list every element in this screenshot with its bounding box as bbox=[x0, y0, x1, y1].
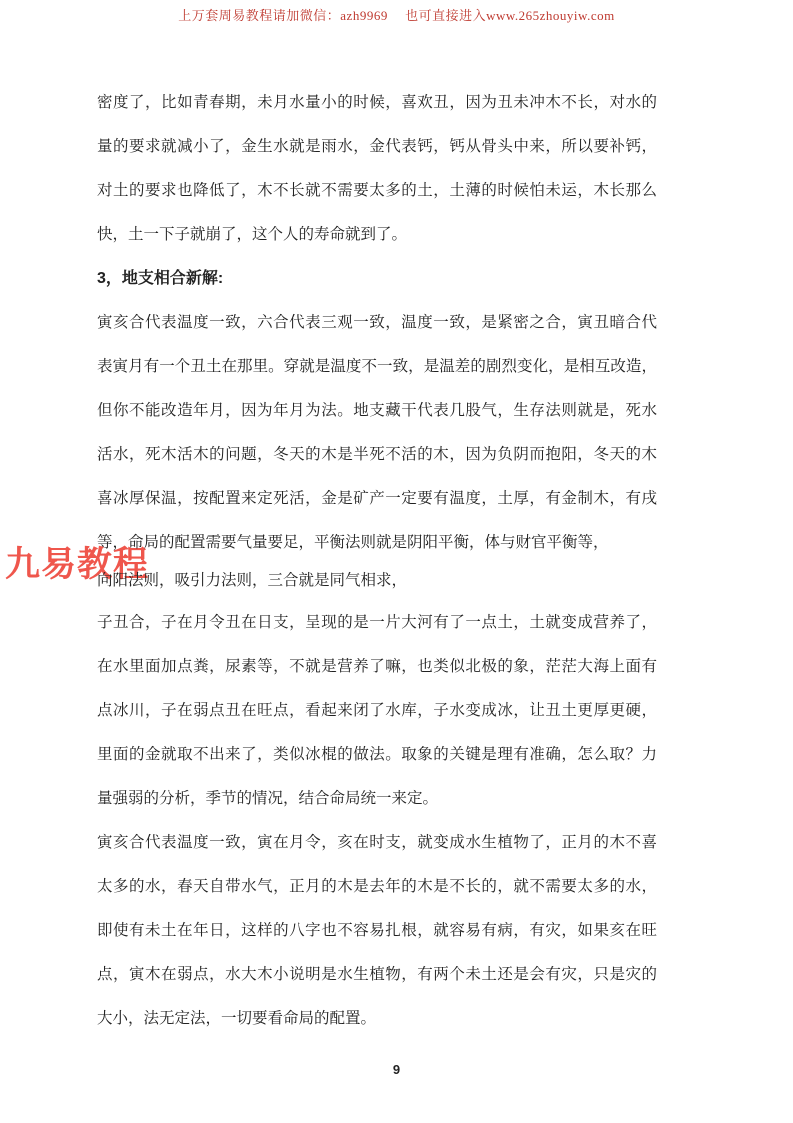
text-line: 密度了，比如青春期，未月水量小的时候，喜欢丑，因为丑未冲木不长，对水的 bbox=[97, 81, 657, 125]
text-line: 大小，法无定法，一切要看命局的配置。 bbox=[97, 997, 657, 1041]
text-line: 快，土一下子就崩了，这个人的寿命就到了。 bbox=[97, 213, 657, 257]
text-line: 在水里面加点粪，尿素等，不就是营养了嘛，也类似北极的象，茫茫大海上面有 bbox=[97, 645, 657, 689]
page-number: 9 bbox=[0, 1062, 793, 1077]
text-line: 即使有未土在年日，这样的八字也不容易扎根，就容易有病，有灾，如果亥在旺 bbox=[97, 909, 657, 953]
header-promo-notice: 上万套周易教程请加微信：azh9969 也可直接进入www.265zhouyiw… bbox=[0, 5, 793, 24]
text-line: 对土的要求也降低了，木不长就不需要太多的土，土薄的时候怕未运，木长那么 bbox=[97, 169, 657, 213]
text-line: 表寅月有一个丑土在那里。穿就是温度不一致，是温差的剧烈变化，是相互改造， bbox=[97, 345, 657, 389]
document-body: 密度了，比如青春期，未月水量小的时候，喜欢丑，因为丑未冲木不长，对水的 量的要求… bbox=[97, 81, 657, 1041]
text-line: 向阳法则，吸引力法则，三合就是同气相求， bbox=[97, 565, 657, 597]
text-line: 活水，死木活木的问题，冬天的木是半死不活的木，因为负阴而抱阳，冬天的木 bbox=[97, 433, 657, 477]
text-line: 量强弱的分析，季节的情况，结合命局统一来定。 bbox=[97, 777, 657, 821]
text-line: 寅亥合代表温度一致，寅在月令，亥在时支，就变成水生植物了，正月的木不喜 bbox=[97, 821, 657, 865]
text-line: 等，命局的配置需要气量要足，平衡法则就是阴阳平衡，体与财官平衡等， bbox=[97, 521, 657, 565]
text-line: 点冰川，子在弱点丑在旺点，看起来闭了水库，子水变成冰，让丑土更厚更硬， bbox=[97, 689, 657, 733]
text-line: 量的要求就减小了，金生水就是雨水，金代表钙，钙从骨头中来，所以要补钙， bbox=[97, 125, 657, 169]
text-line: 太多的水，春天自带水气，正月的木是去年的木是不长的，就不需要太多的水， bbox=[97, 865, 657, 909]
text-line: 点，寅木在弱点，水大木小说明是水生植物，有两个未土还是会有灾，只是灾的 bbox=[97, 953, 657, 997]
text-line: 里面的金就取不出来了，类似冰棍的做法。取象的关键是理有准确，怎么取？力 bbox=[97, 733, 657, 777]
text-line: 寅亥合代表温度一致，六合代表三观一致，温度一致，是紧密之合，寅丑暗合代 bbox=[97, 301, 657, 345]
text-line: 子丑合，子在月令丑在日支，呈现的是一片大河有了一点土，土就变成营养了， bbox=[97, 601, 657, 645]
document-page: 上万套周易教程请加微信：azh9969 也可直接进入www.265zhouyiw… bbox=[0, 0, 793, 1123]
text-line: 喜冰厚保温，按配置来定死活，金是矿产一定要有温度，土厚，有金制木，有戌 bbox=[97, 477, 657, 521]
text-line: 但你不能改造年月，因为年月为法。地支藏干代表几股气，生存法则就是，死水 bbox=[97, 389, 657, 433]
section-heading: 3，地支相合新解: bbox=[97, 257, 657, 301]
